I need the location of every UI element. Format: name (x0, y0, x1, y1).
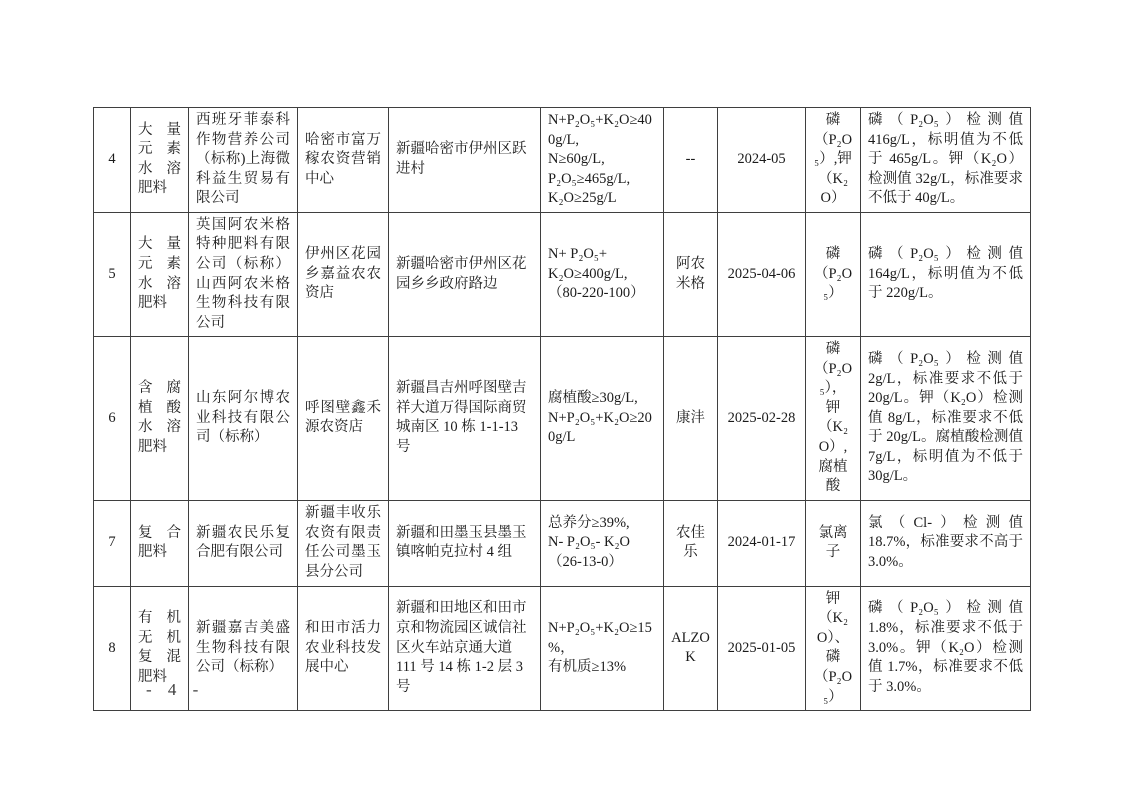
cell-distributor: 哈密市富万稼农资营销中心 (298, 108, 389, 213)
cell-fertilizer-type: 复合肥料 (131, 500, 189, 586)
cell-company: 山东阿尔博农业科技有限公司（标称） (189, 337, 298, 501)
cell-company: 西班牙菲泰科作物营养公司（标称)上海微科益生贸易有限公司 (189, 108, 298, 213)
cell-seq: 4 (94, 108, 131, 213)
cell-distributor: 呼图壁鑫禾源农资店 (298, 337, 389, 501)
table-row: 7 复合肥料 新疆农民乐复合肥有限公司 新疆丰收乐农资有限责任公司墨玉县分公司 … (94, 500, 1031, 586)
cell-distributor: 新疆丰收乐农资有限责任公司墨玉县分公司 (298, 500, 389, 586)
cell-seq: 6 (94, 337, 131, 501)
cell-brand: ALZOK (664, 586, 718, 710)
cell-distributor: 伊州区花园乡嘉益农农资店 (298, 212, 389, 336)
cell-address: 新疆哈密市伊州区跃进村 (389, 108, 541, 213)
cell-address: 新疆昌吉州呼图壁吉祥大道万得国际商贸城南区 10 栋 1-1-13 号 (389, 337, 541, 501)
fertilizer-inspection-table: 4 大量元素水溶肥料 西班牙菲泰科作物营养公司（标称)上海微科益生贸易有限公司 … (93, 107, 1031, 711)
cell-spec: N+P₂O₅+K₂O≥400g/L, N≥60g/L, P₂O₅≥465g/L,… (541, 108, 664, 213)
cell-inspect-items: 磷（P₂O₅），钾（K₂O）,腐植酸 (806, 337, 861, 501)
cell-inspect-items: 钾（K₂O）、磷（P₂O₅） (806, 586, 861, 710)
cell-date: 2024-01-17 (718, 500, 806, 586)
table-row: 8 有机无机复混肥料 新疆嘉吉美盛生物科技有限公司（标称） 和田市活力农业科技发… (94, 586, 1031, 710)
cell-brand: -- (664, 108, 718, 213)
cell-result: 氯（Cl-）检测值 18.7%，标准要求不高于 3.0%。 (861, 500, 1031, 586)
cell-inspect-items: 磷（P₂O₅） (806, 212, 861, 336)
cell-spec: 腐植酸≥30g/L, N+P₂O₅+K₂O≥200g/L (541, 337, 664, 501)
cell-result: 磷（P₂O₅）检测值 416g/L，标明值为不低于 465g/L。钾（K₂O）检… (861, 108, 1031, 213)
document-page: 4 大量元素水溶肥料 西班牙菲泰科作物营养公司（标称)上海微科益生贸易有限公司 … (0, 0, 1122, 793)
cell-company: 新疆嘉吉美盛生物科技有限公司（标称） (189, 586, 298, 710)
cell-seq: 5 (94, 212, 131, 336)
cell-date: 2025-04-06 (718, 212, 806, 336)
cell-inspect-items: 氯离子 (806, 500, 861, 586)
cell-spec: N+P₂O₅+K₂O≥15%， 有机质≥13% (541, 586, 664, 710)
cell-seq: 8 (94, 586, 131, 710)
cell-fertilizer-type: 含腐植酸水溶肥料 (131, 337, 189, 501)
cell-brand: 农佳乐 (664, 500, 718, 586)
cell-inspect-items: 磷（P₂O₅）,钾（K₂O） (806, 108, 861, 213)
cell-fertilizer-type: 大量元素水溶肥料 (131, 212, 189, 336)
cell-company: 英国阿农米格特种肥料有限公司（标称）山西阿农米格生物科技有限公司 (189, 212, 298, 336)
page-number: - 4 - (146, 680, 204, 700)
cell-date: 2024-05 (718, 108, 806, 213)
cell-brand: 阿农米格 (664, 212, 718, 336)
cell-result: 磷（P₂O₅）检测值 164g/L，标明值为不低于 220g/L。 (861, 212, 1031, 336)
cell-result: 磷（P₂O₅）检测值 2g/L，标准要求不低于 20g/L。钾（K₂O）检测值 … (861, 337, 1031, 501)
cell-result: 磷（P₂O₅）检测值 1.8%，标准要求不低于 3.0%。钾（K₂O）检测值 1… (861, 586, 1031, 710)
table-row: 5 大量元素水溶肥料 英国阿农米格特种肥料有限公司（标称）山西阿农米格生物科技有… (94, 212, 1031, 336)
cell-spec: N+ P₂O₅+ K₂O≥400g/L, （80-220-100） (541, 212, 664, 336)
cell-distributor: 和田市活力农业科技发展中心 (298, 586, 389, 710)
cell-address: 新疆哈密市伊州区花园乡乡政府路边 (389, 212, 541, 336)
cell-date: 2025-02-28 (718, 337, 806, 501)
cell-brand: 康沣 (664, 337, 718, 501)
table-row: 6 含腐植酸水溶肥料 山东阿尔博农业科技有限公司（标称） 呼图壁鑫禾源农资店 新… (94, 337, 1031, 501)
cell-address: 新疆和田地区和田市京和物流园区诚信社区火车站京通大道 111 号 14 栋 1-… (389, 586, 541, 710)
cell-date: 2025-01-05 (718, 586, 806, 710)
cell-address: 新疆和田墨玉县墨玉镇喀帕克拉村 4 组 (389, 500, 541, 586)
cell-company: 新疆农民乐复合肥有限公司 (189, 500, 298, 586)
table-row: 4 大量元素水溶肥料 西班牙菲泰科作物营养公司（标称)上海微科益生贸易有限公司 … (94, 108, 1031, 213)
cell-spec: 总养分≥39%, N- P₂O₅- K₂O （26-13-0） (541, 500, 664, 586)
cell-fertilizer-type: 大量元素水溶肥料 (131, 108, 189, 213)
cell-seq: 7 (94, 500, 131, 586)
